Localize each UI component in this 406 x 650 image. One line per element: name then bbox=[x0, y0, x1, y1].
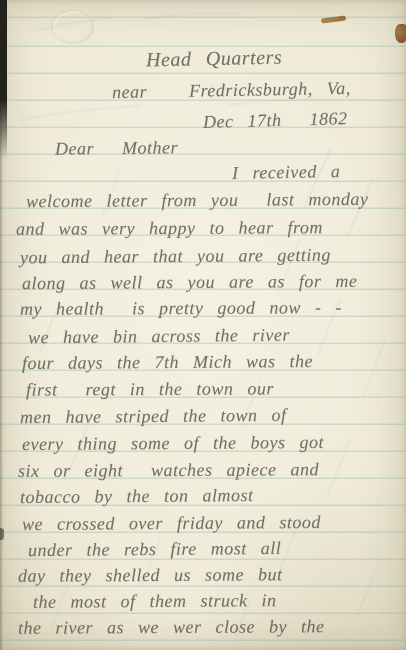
letter-heading-date: Dec 17th 1862 bbox=[203, 108, 348, 133]
letter-line: we have bin across the river bbox=[28, 325, 290, 349]
letter-line: under the rebs fire most all bbox=[28, 538, 281, 561]
letter-line: the river as we wer close by the bbox=[18, 616, 325, 639]
letter-line: tobacco by the ton almost bbox=[20, 485, 254, 508]
letter-line: we crossed over friday and stood bbox=[22, 512, 321, 535]
letter-line: my health is pretty good now - - bbox=[20, 297, 342, 320]
photo-dark-edge bbox=[0, 0, 7, 160]
letter-line: and was very happy to hear from bbox=[16, 217, 323, 240]
letter-line: I received a bbox=[232, 161, 341, 184]
letter-line: men have striped the town of bbox=[20, 405, 287, 428]
letter-line: the most of them struck in bbox=[33, 590, 277, 613]
letter-line: welcome letter from you last monday bbox=[26, 189, 368, 212]
letter-line: first regt in the town our bbox=[26, 378, 274, 400]
stain-mark-right-edge bbox=[395, 24, 406, 43]
embossed-seal-icon bbox=[52, 10, 94, 44]
letter-line: six or eight watches apiece and bbox=[18, 459, 319, 482]
photo-edge-notch bbox=[0, 528, 4, 540]
letter-line: four days the 7th Mich was the bbox=[22, 351, 313, 374]
letter-line: every thing some of the boys got bbox=[22, 432, 324, 455]
letter-heading-place: near Fredricksburgh, Va, bbox=[112, 78, 351, 103]
letter-line: along as well as you are as for me bbox=[22, 271, 357, 294]
letter-line: you and hear that you are getting bbox=[20, 245, 331, 269]
letter-page: Head Quarters near Fredricksburgh, Va, D… bbox=[0, 0, 406, 650]
letter-heading-headquarters: Head Quarters bbox=[146, 47, 282, 73]
letter-salutation: Dear Mother bbox=[55, 137, 178, 159]
letter-line: day they shelled us some but bbox=[18, 564, 283, 586]
